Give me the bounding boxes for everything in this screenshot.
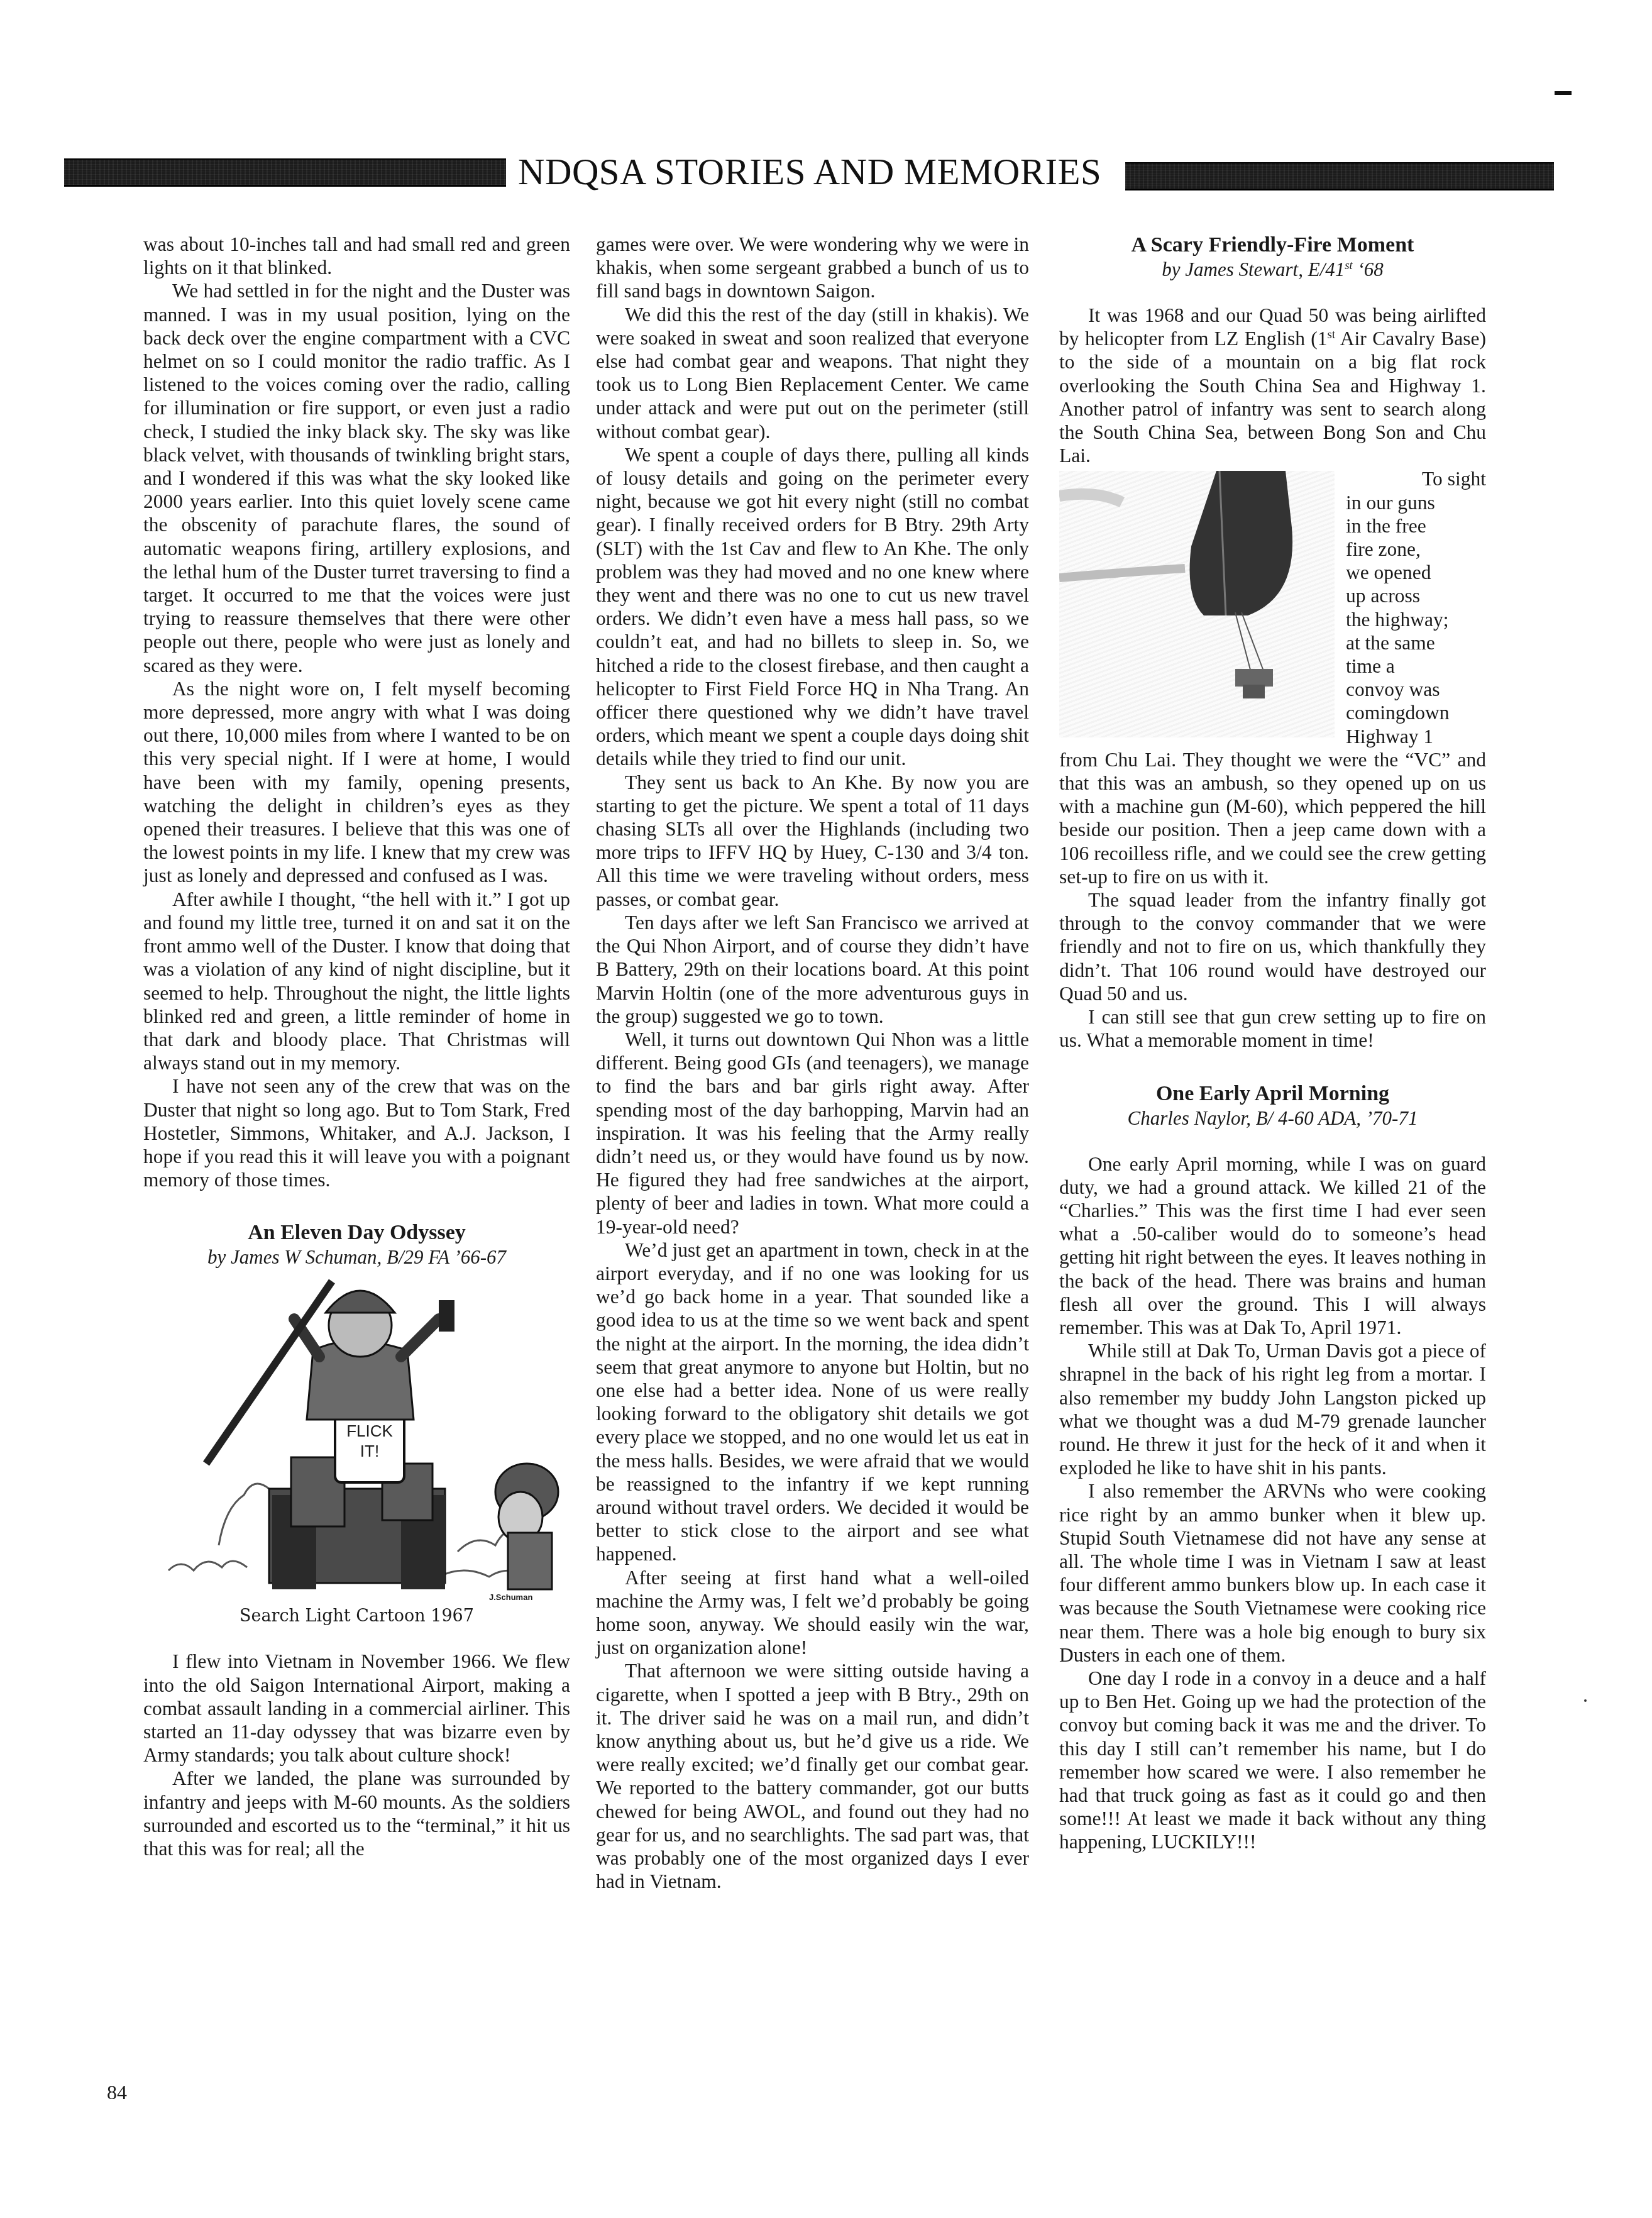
- photo-wrap: To sight in our guns in the free fire zo…: [1059, 467, 1486, 748]
- paragraph: The squad leader from the infantry final…: [1059, 888, 1486, 1005]
- story-title: An Eleven Day Odyssey: [143, 1220, 570, 1245]
- section-banner: NDQSA STORIES AND MEMORIES: [64, 153, 1554, 194]
- scan-mark: [1555, 91, 1572, 95]
- story-title: A Scary Friendly-Fire Moment: [1059, 233, 1486, 258]
- cartoon-sign-line1: FLICK: [335, 1421, 404, 1441]
- paragraph: Well, it turns out downtown Qui Nhon was…: [596, 1028, 1029, 1239]
- column-3: A Scary Friendly-Fire Moment by James St…: [1059, 233, 1486, 1854]
- story-heading-april: One Early April Morning Charles Naylor, …: [1059, 1081, 1486, 1130]
- paragraph: It was 1968 and our Quad 50 was being ai…: [1059, 304, 1486, 467]
- paragraph: I flew into Vietnam in November 1966. We…: [143, 1650, 570, 1767]
- paragraph: games were over. We were wondering why w…: [596, 233, 1029, 303]
- cartoon-illustration: FLICK IT! J.Schuman Search Light Cartoon…: [143, 1275, 570, 1627]
- page-number: 84: [107, 2081, 127, 2104]
- story-byline: by James Stewart, E/41st ‘68: [1059, 258, 1486, 281]
- scan-speck: [1584, 1699, 1587, 1702]
- paragraph: One day I rode in a convoy in a deuce an…: [1059, 1667, 1486, 1854]
- paragraph: One early April morning, while I was on …: [1059, 1152, 1486, 1340]
- paragraph: After awhile I thought, “the hell with i…: [143, 888, 570, 1075]
- cartoon-sign-line2: IT!: [335, 1441, 404, 1461]
- cartoon-caption: Search Light Cartoon 1967: [143, 1606, 570, 1627]
- paragraph: We had settled in for the night and the …: [143, 279, 570, 676]
- paragraph: I have not seen any of the crew that was…: [143, 1074, 570, 1191]
- paragraph: We did this the rest of the day (still i…: [596, 303, 1029, 443]
- column-2: games were over. We were wondering why w…: [596, 233, 1029, 1893]
- paragraph: I also remember the ARVNs who were cooki…: [1059, 1479, 1486, 1667]
- paragraph: After we landed, the plane was surrounde…: [143, 1767, 570, 1860]
- paragraph: They sent us back to An Khe. By now you …: [596, 771, 1029, 911]
- paragraph: After seeing at first hand what a well-o…: [596, 1566, 1029, 1660]
- helicopter-photo: [1059, 471, 1335, 737]
- story-heading-friendly-fire: A Scary Friendly-Fire Moment by James St…: [1059, 233, 1486, 281]
- paragraph: That afternoon we were sitting outside h…: [596, 1659, 1029, 1893]
- story-byline: by James W Schuman, B/29 FA ’66-67: [143, 1245, 570, 1269]
- paragraph: Ten days after we left San Francisco we …: [596, 911, 1029, 1028]
- story-heading-odyssey: An Eleven Day Odyssey by James W Schuman…: [143, 1220, 570, 1269]
- banner-bar-right: [1125, 162, 1554, 190]
- paragraph: was about 10-inches tall and had small r…: [143, 233, 570, 279]
- paragraph: I can still see that gun crew setting up…: [1059, 1005, 1486, 1052]
- paragraph: We spent a couple of days there, pulling…: [596, 443, 1029, 771]
- story-byline: Charles Naylor, B/ 4-60 ADA, ’70-71: [1059, 1106, 1486, 1130]
- banner-bar-left: [64, 158, 506, 187]
- section-title: NDQSA STORIES AND MEMORIES: [518, 150, 1106, 194]
- helicopter-image-icon: [1059, 471, 1335, 737]
- paragraph: As the night wore on, I felt myself beco…: [143, 677, 570, 888]
- paragraph: We’d just get an apartment in town, chec…: [596, 1239, 1029, 1566]
- story-title: One Early April Morning: [1059, 1081, 1486, 1106]
- paragraph: from Chu Lai. They thought we were the “…: [1059, 748, 1486, 888]
- column-1: was about 10-inches tall and had small r…: [143, 233, 570, 1860]
- paragraph: While still at Dak To, Urman Davis got a…: [1059, 1339, 1486, 1479]
